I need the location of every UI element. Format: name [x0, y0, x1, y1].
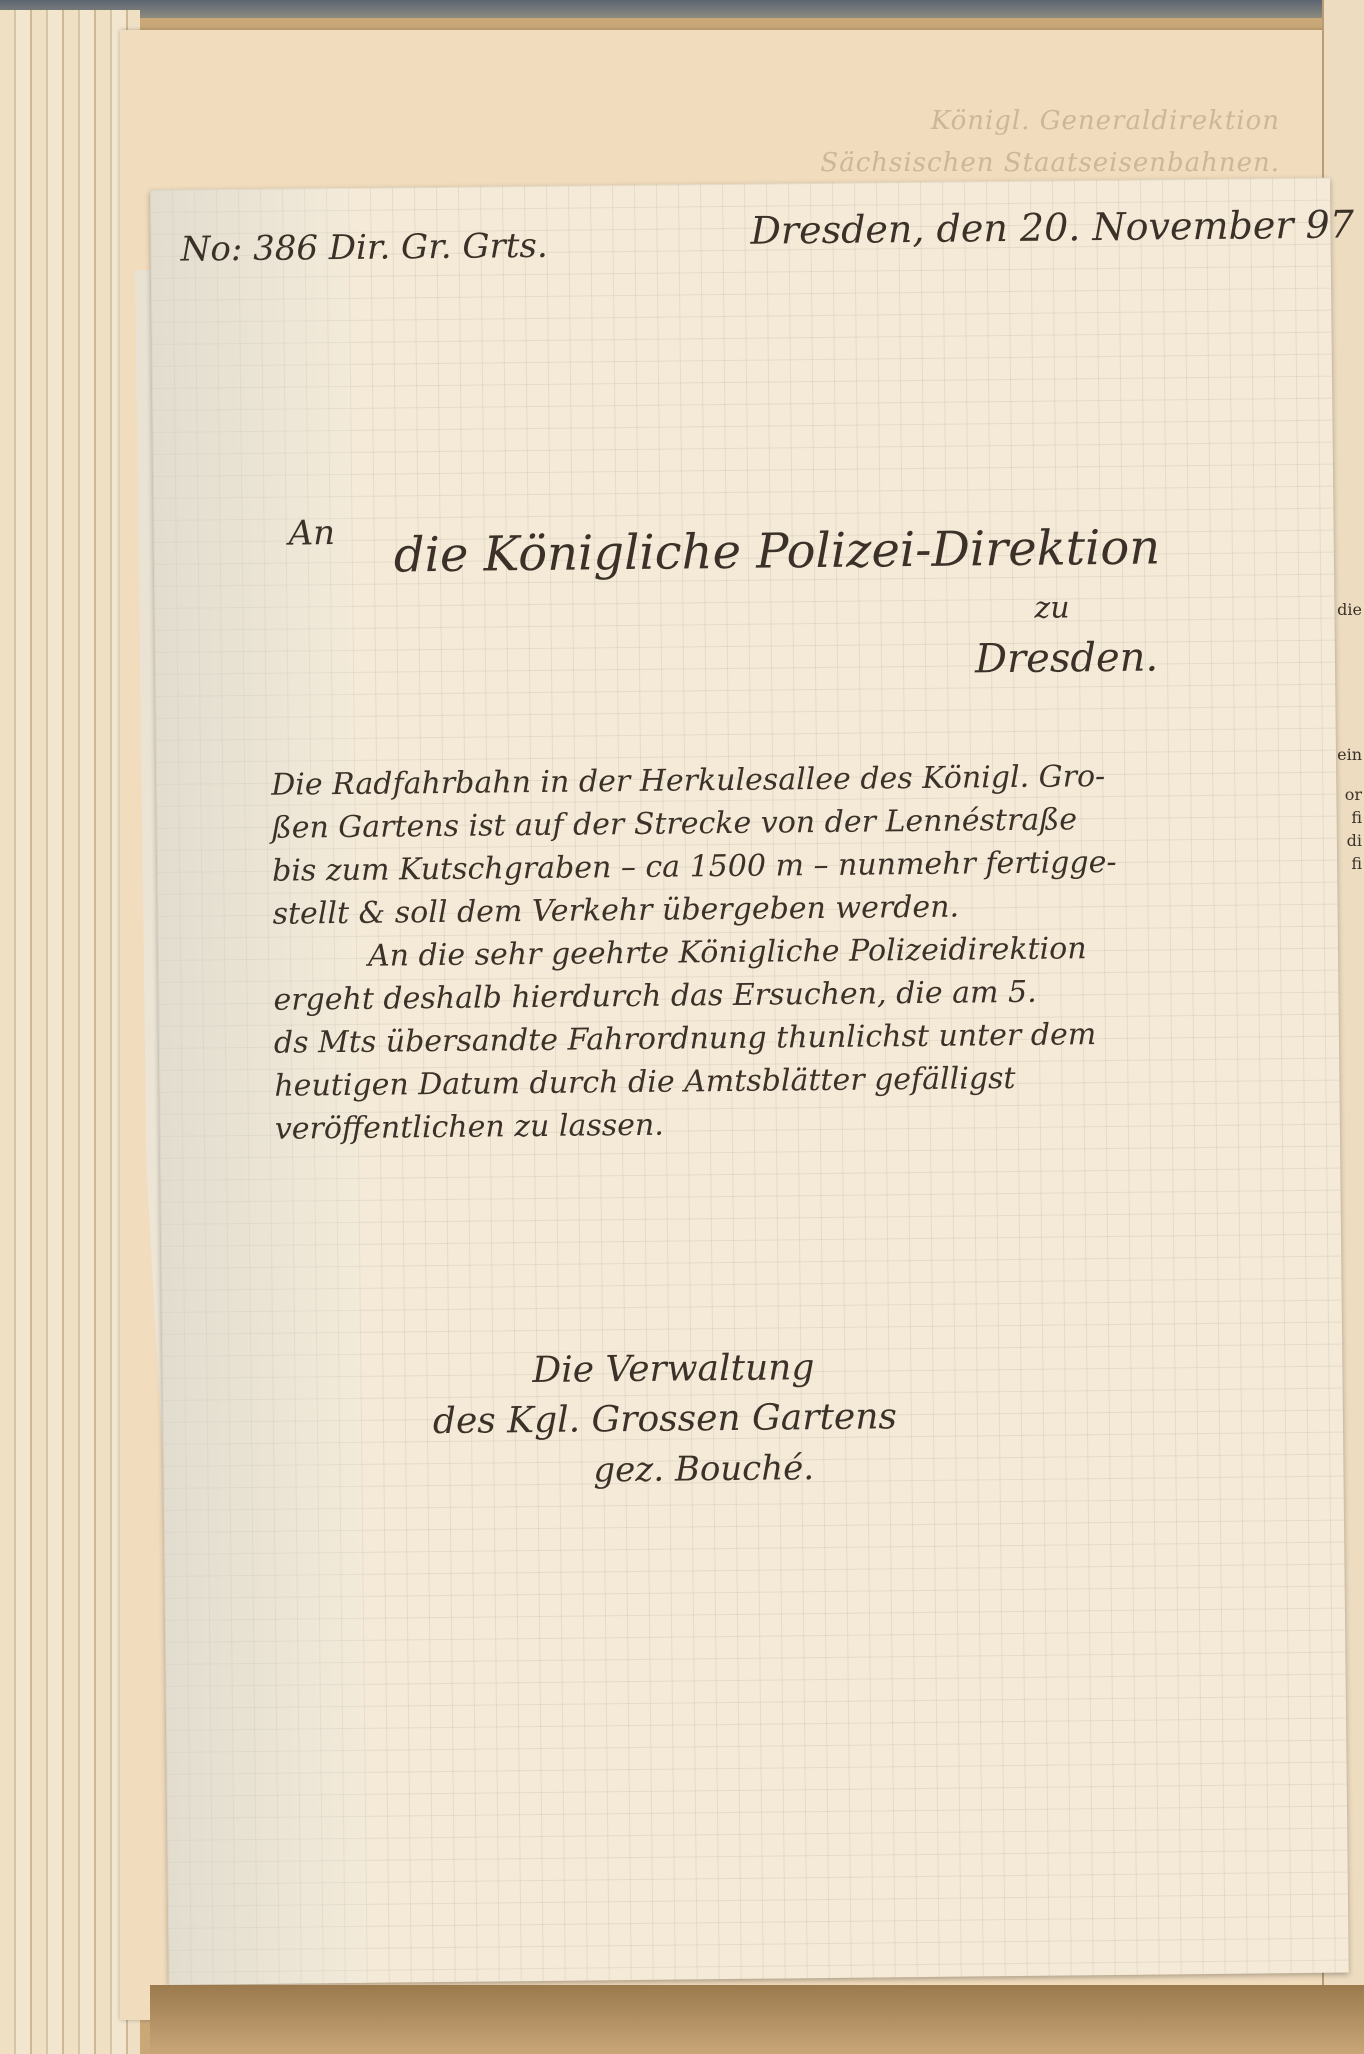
recipient-zu: zu: [1034, 590, 1070, 625]
faint-letterhead-print: Königl. Generaldirektion Sächsischen Sta…: [820, 100, 1280, 184]
signature-name: gez. Bouché.: [433, 1442, 897, 1497]
signature-line-1: Die Verwaltung: [432, 1342, 896, 1397]
signature-line-2: des Kgl. Grossen Gartens: [433, 1392, 897, 1447]
binding-shadow: [150, 1985, 1364, 2054]
binder-edge: [0, 0, 1364, 18]
recipient: die Königliche Polizei-Direktion: [394, 519, 1161, 583]
signature-block: Die Verwaltung des Kgl. Grossen Gartens …: [432, 1342, 898, 1497]
reference-number: No: 386 Dir. Gr. Grts.: [180, 226, 547, 270]
letter-body: Die Radfahrbahn in der Herkulesallee des…: [271, 753, 1315, 1151]
salutation: An: [288, 513, 335, 553]
date-line: Dresden, den 20. November 97: [750, 202, 1354, 252]
right-fragment: di: [1347, 831, 1362, 850]
right-fragment: or: [1345, 785, 1362, 804]
letterhead-line-1: Königl. Generaldirektion: [820, 100, 1280, 142]
right-fragment: fi: [1351, 854, 1362, 873]
page-stack-left: [0, 10, 140, 2054]
right-fragment: ein: [1337, 745, 1362, 764]
recipient-city: Dresden.: [975, 634, 1159, 682]
right-fragment: fi: [1351, 808, 1362, 827]
right-fragment: die: [1337, 600, 1362, 619]
handwritten-letter: No: 386 Dir. Gr. Grts. Dresden, den 20. …: [150, 178, 1349, 1985]
letterhead-line-2: Sächsischen Staatseisenbahnen.: [820, 142, 1280, 184]
